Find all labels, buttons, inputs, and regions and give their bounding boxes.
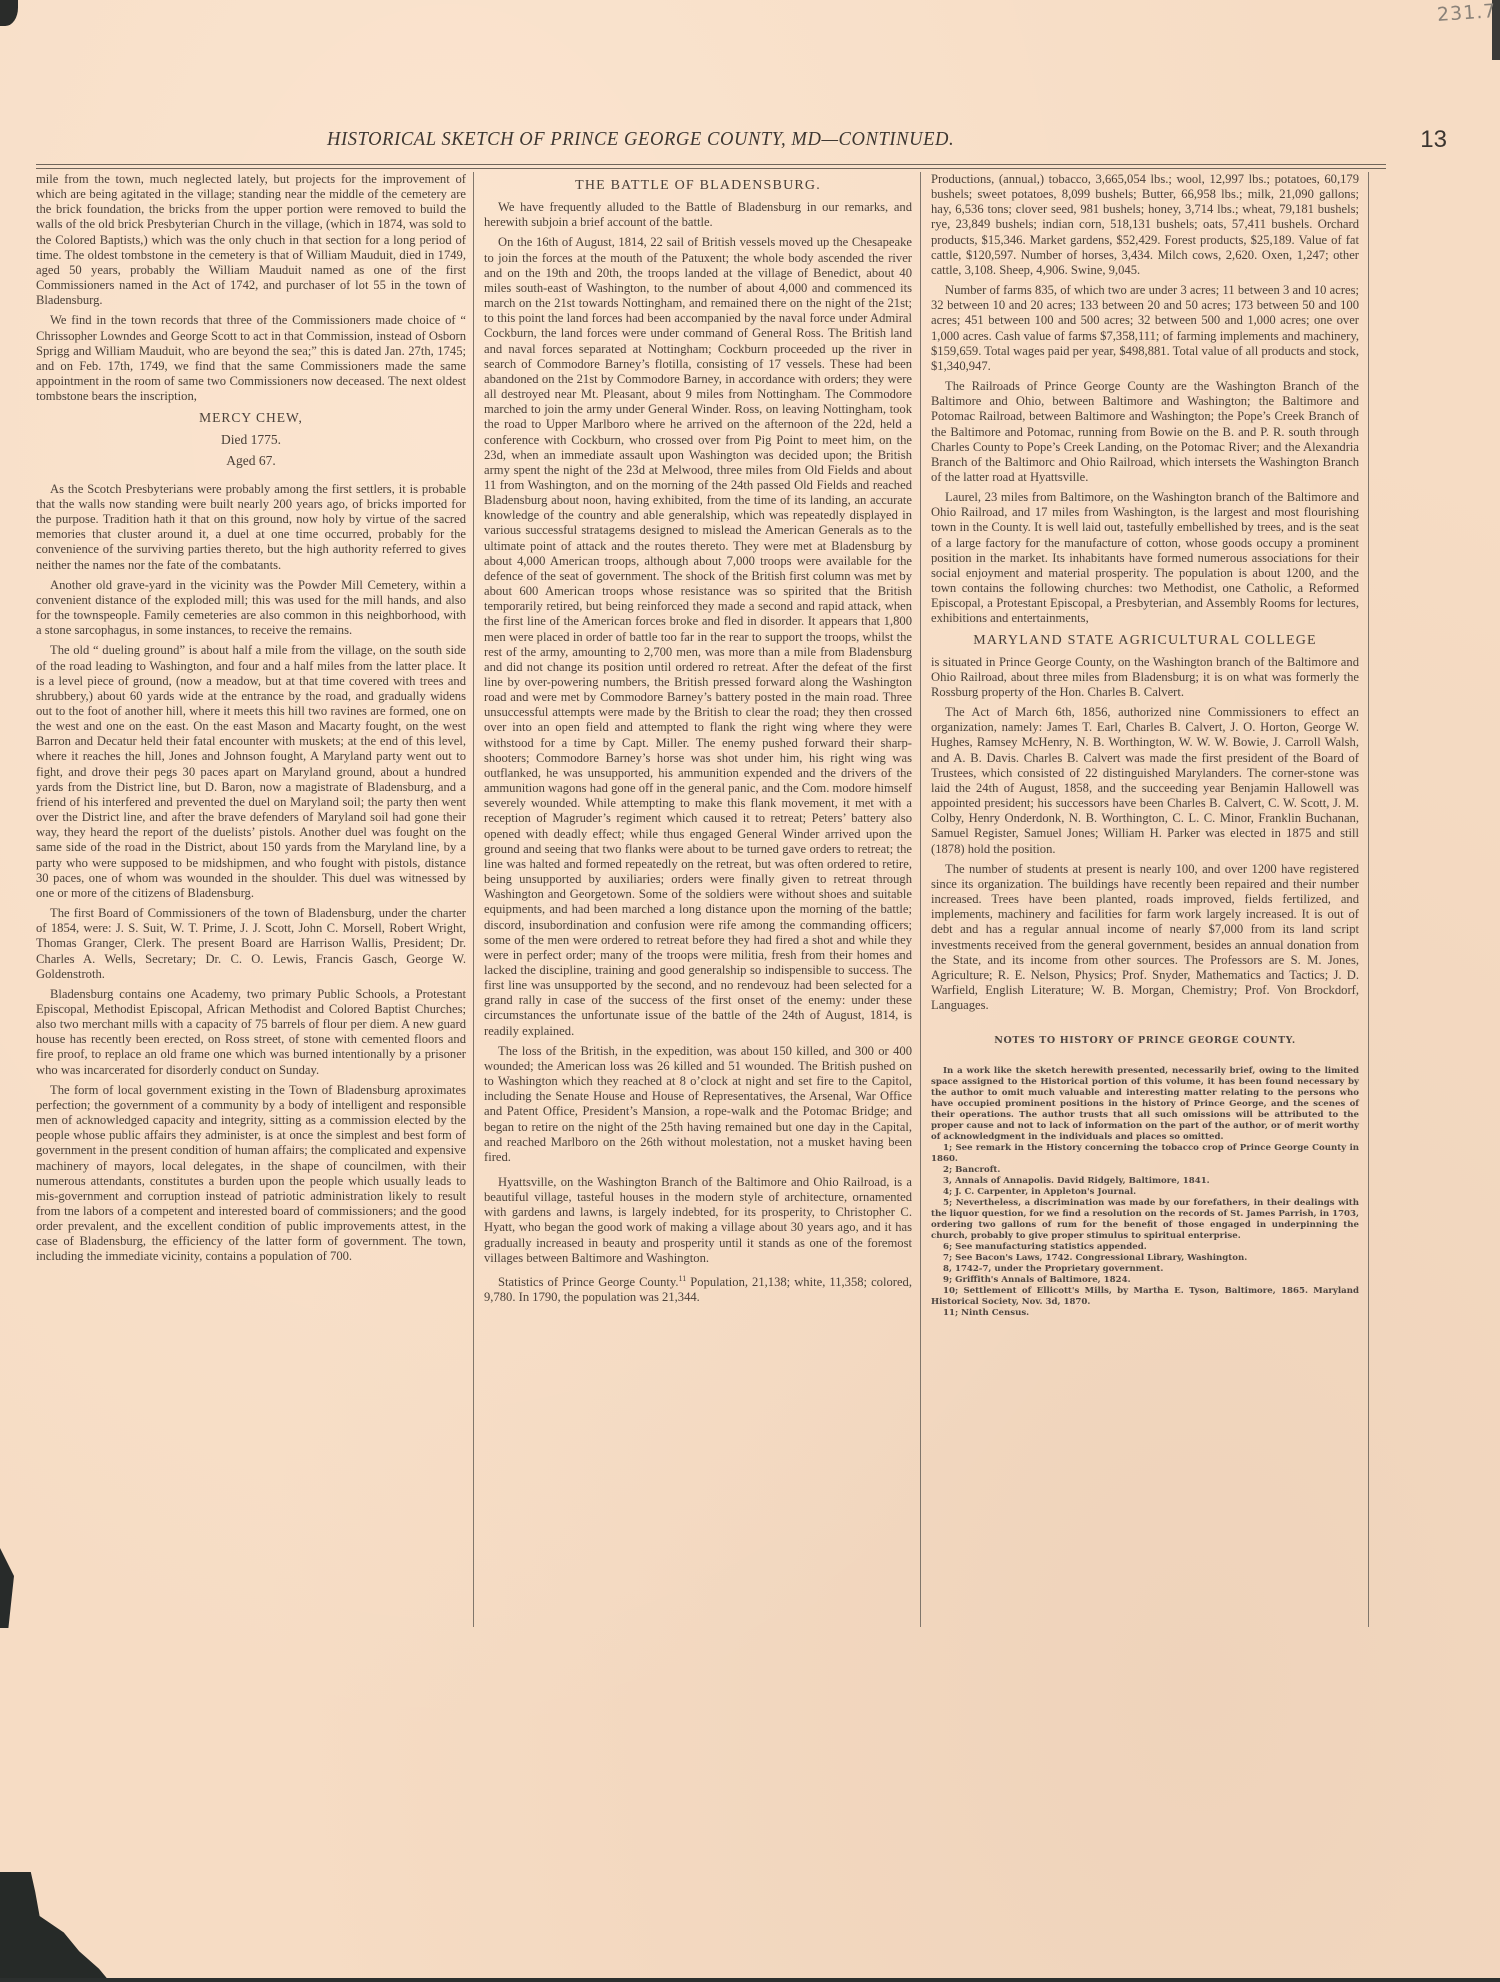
- inscription-aged: Aged 67.: [36, 453, 466, 468]
- footnote: 9; Griffith's Annals of Baltimore, 1824.: [931, 1275, 1359, 1286]
- footnotes: In a work like the sketch herewith prese…: [931, 1066, 1359, 1319]
- section-heading-college: MARYLAND STATE AGRICULTURAL COLLEGE: [931, 633, 1359, 648]
- column-middle: THE BATTLE OF BLADENSBURG. We have frequ…: [484, 172, 912, 1310]
- section-heading-battle: THE BATTLE OF BLADENSBURG.: [484, 178, 912, 193]
- footnote: 6; See manufacturing statistics appended…: [931, 1242, 1359, 1253]
- torn-corner-bottom-left: [0, 1872, 110, 1982]
- paragraph: The Railroads of Prince George County ar…: [931, 379, 1359, 485]
- paragraph: The form of local government existing in…: [36, 1083, 466, 1265]
- header-rule: [36, 164, 1386, 165]
- paragraph: The Act of March 6th, 1856, authorized n…: [931, 705, 1359, 857]
- inscription-name: MERCY CHEW,: [36, 410, 466, 425]
- column-left: mile from the town, much neglected latel…: [36, 172, 466, 1270]
- footnote: 1; See remark in the History concerning …: [931, 1143, 1359, 1165]
- footnote: 4; J. C. Carpenter, in Appleton's Journa…: [931, 1187, 1359, 1198]
- paragraph: The loss of the British, in the expediti…: [484, 1044, 912, 1165]
- scan-bottom-edge: [0, 1978, 1500, 1982]
- footnote: 3, Annals of Annapolis. David Ridgely, B…: [931, 1176, 1359, 1187]
- running-title: HISTORICAL SKETCH OF PRINCE GEORGE COUNT…: [327, 128, 954, 151]
- paragraph: mile from the town, much neglected latel…: [36, 172, 466, 308]
- paragraph: Laurel, 23 miles from Baltimore, on the …: [931, 490, 1359, 626]
- footnote: 8, 1742-7, under the Proprietary governm…: [931, 1264, 1359, 1275]
- footnote: 2; Bancroft.: [931, 1165, 1359, 1176]
- paragraph: The old “ dueling ground” is about half …: [36, 643, 466, 901]
- footnote: 10; Settlement of Ellicott's Mills, by M…: [931, 1286, 1359, 1308]
- statistics-lead: Statistics of Prince George County.: [498, 1275, 679, 1289]
- paragraph: We have frequently alluded to the Battle…: [484, 200, 912, 230]
- paragraph: Bladensburg contains one Academy, two pr…: [36, 987, 466, 1078]
- paragraph: Productions, (annual,) tobacco, 3,665,05…: [931, 172, 1359, 278]
- paragraph: Another old grave-yard in the vicinity w…: [36, 578, 466, 639]
- notes-intro: In a work like the sketch herewith prese…: [931, 1066, 1359, 1143]
- paragraph: Hyattsville, on the Washington Branch of…: [484, 1175, 912, 1266]
- paragraph: On the 16th of August, 1814, 22 sail of …: [484, 235, 912, 1038]
- notes-heading: NOTES TO HISTORY OF PRINCE GEORGE COUNTY…: [931, 1033, 1359, 1048]
- page-number: 13: [1420, 126, 1447, 154]
- footnote: 11; Ninth Census.: [931, 1308, 1359, 1319]
- pencil-annotation: 231.7: [1436, 0, 1497, 26]
- paragraph-statistics: Statistics of Prince George County.11 Po…: [484, 1271, 912, 1306]
- column-divider: [1368, 172, 1369, 1627]
- paragraph: is situated in Prince George County, on …: [931, 655, 1359, 700]
- header-rule: [36, 168, 1386, 169]
- inscription-died: Died 1775.: [36, 432, 466, 447]
- column-divider: [473, 172, 474, 1627]
- tombstone-inscription: MERCY CHEW, Died 1775. Aged 67.: [36, 410, 466, 467]
- torn-edge-left: [0, 1548, 14, 1628]
- footnote: 5; Nevertheless, a discrimination was ma…: [931, 1198, 1359, 1242]
- paragraph: As the Scotch Presbyterians were probabl…: [36, 482, 466, 573]
- page-header: HISTORICAL SKETCH OF PRINCE GEORGE COUNT…: [327, 128, 1447, 158]
- footnote: 7; See Bacon's Laws, 1742. Congressional…: [931, 1253, 1359, 1264]
- paragraph: Number of farms 835, of which two are un…: [931, 283, 1359, 374]
- column-divider: [920, 172, 921, 1627]
- paragraph: The first Board of Commissioners of the …: [36, 906, 466, 982]
- paragraph: The number of students at present is nea…: [931, 862, 1359, 1014]
- paragraph: We find in the town records that three o…: [36, 313, 466, 404]
- column-right: Productions, (annual,) tobacco, 3,665,05…: [931, 172, 1359, 1319]
- torn-corner-top-left: [0, 0, 18, 26]
